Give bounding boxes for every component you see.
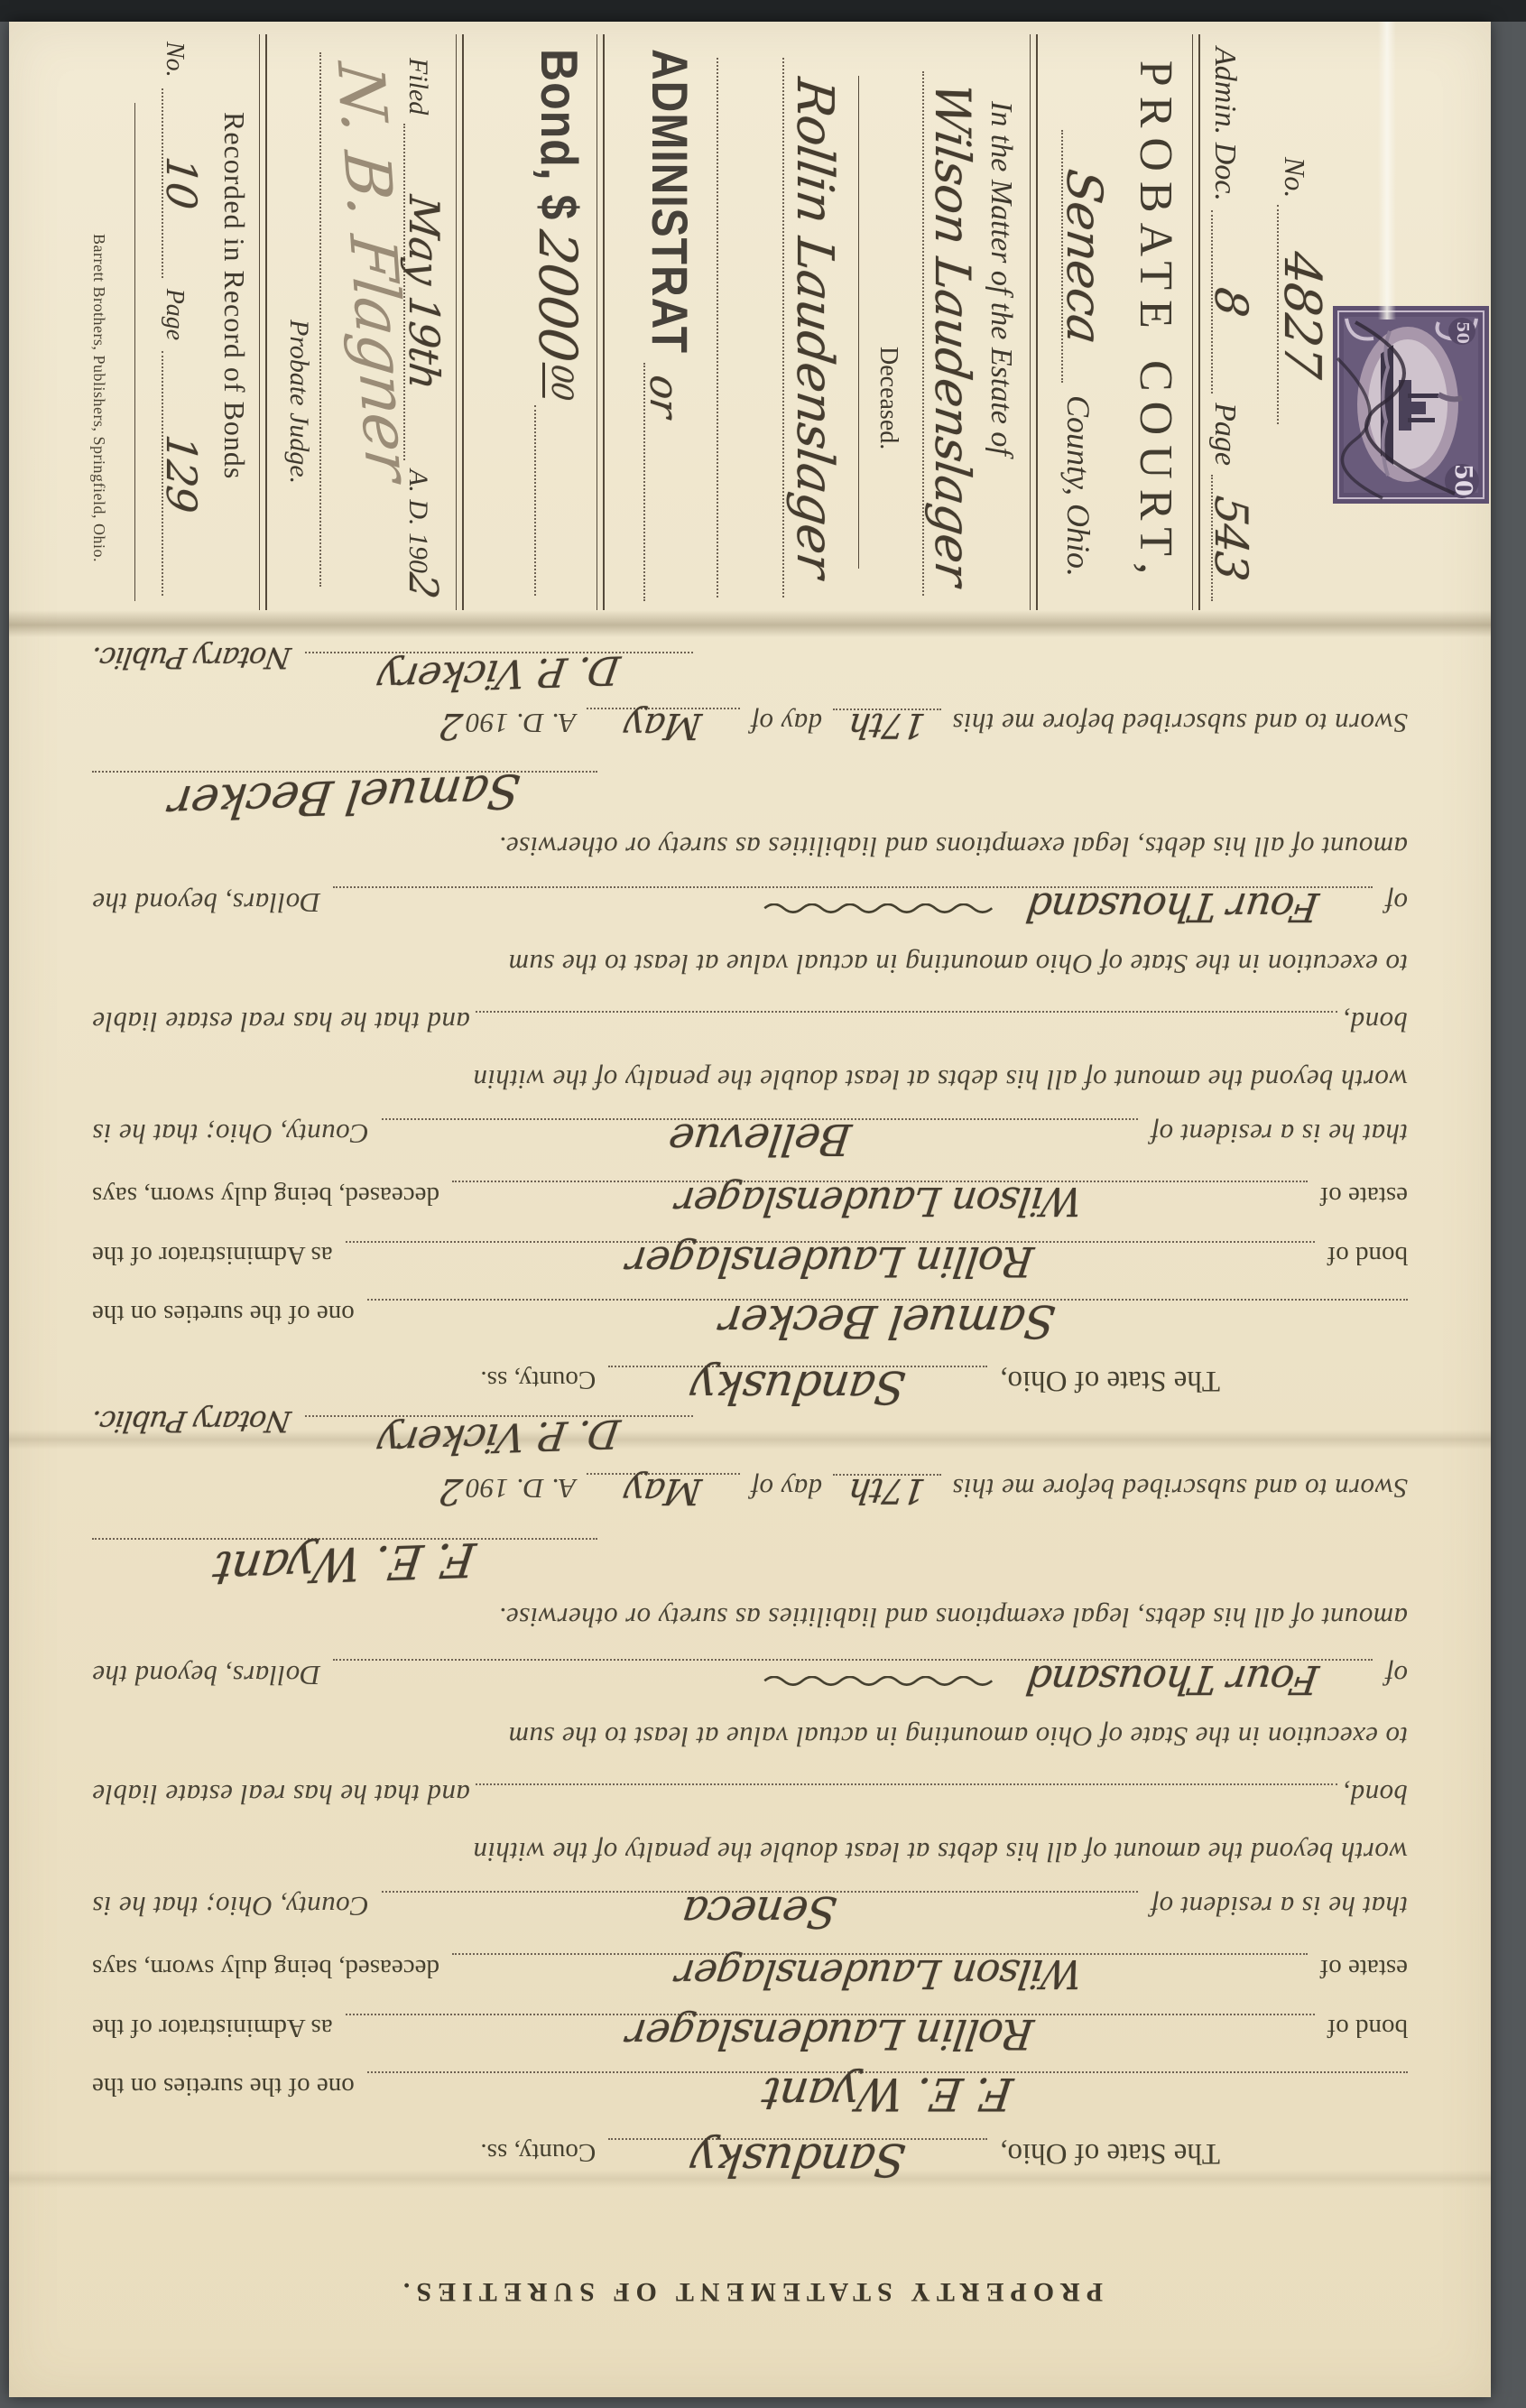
property-statement-section: PROPERTY STATEMENT OF SURETIES. The Stat… xyxy=(9,623,1491,2397)
aff2-estate-name: Wilson Laudenslager xyxy=(675,1182,1085,1218)
aff1-admin-suffix: as Administrator of the xyxy=(92,2013,333,2042)
aff1-bond-of: bond of xyxy=(1327,2013,1408,2042)
aff2-execution-row: to execution in the State of Ohio amount… xyxy=(92,948,1408,980)
document-scan: 50 50 No. 4827 Admin. Doc. 8 Page xyxy=(0,0,1526,2408)
aff2-surety-row: Samuel Becker one of the sureties on the xyxy=(92,1299,1408,1341)
aff1-worth-row: worth beyond the amount of all his debts… xyxy=(92,1836,1408,1868)
aff1-estate-of: estate of xyxy=(1320,1953,1408,1983)
aff1-execution-row: to execution in the State of Ohio amount… xyxy=(92,1720,1408,1753)
deceased-label: Deceased. xyxy=(874,347,902,449)
aff1-state-label: The State of Ohio, xyxy=(1000,2136,1220,2170)
aff2-residence-value: Bellevue xyxy=(667,1120,853,1157)
aff1-admin-blank: Rollin Laudenslager xyxy=(346,2014,1315,2052)
aff1-execution-line: to execution in the State of Ohio amount… xyxy=(508,1720,1408,1753)
docket-number-blank: 4827 xyxy=(1277,205,1324,424)
aff1-sworn-year: 2 xyxy=(438,1477,463,1505)
bond-row: Bond, $ 2000 00 xyxy=(529,49,581,601)
rule-under-admin-doc xyxy=(1192,34,1200,610)
aff2-realestate-leader xyxy=(476,1011,1337,1014)
rule-under-judge xyxy=(259,34,267,610)
aff2-day-blank: 17th xyxy=(833,709,941,741)
docket-number-row: No. 4827 xyxy=(1277,157,1324,424)
aff1-estate-row: estate of Wilson Laudenslager deceased, … xyxy=(92,1953,1408,1991)
aff2-month-blank: May xyxy=(587,708,740,742)
aff2-sureties-suffix: one of the sureties on the xyxy=(92,1299,355,1329)
record-no-label: No. xyxy=(160,42,189,78)
publisher-line: Barrett Brothers, Publishers, Springfiel… xyxy=(89,234,108,562)
aff2-sworn-row: Sworn to and subscribed before me this 1… xyxy=(92,707,1408,742)
matter-row: In the Matter of the Estate of xyxy=(984,101,1018,623)
record-no-blank: 10 xyxy=(162,88,199,278)
administrat-fill: or xyxy=(645,374,681,419)
judge-signature: N. B. Flagner xyxy=(322,60,426,483)
bond-cents: 00 xyxy=(542,362,579,402)
record-page-blank: 129 xyxy=(162,351,199,596)
empty-name-line xyxy=(717,58,718,597)
county-blank: Seneca xyxy=(1061,130,1105,383)
aff1-deceased-suffix: deceased, being duly sworn, says xyxy=(92,1953,439,1983)
aff2-estate-row: estate of Wilson Laudenslager deceased, … xyxy=(92,1181,1408,1218)
aff2-admin-blank: Rollin Laudenslager xyxy=(346,1241,1315,1280)
aff1-notary-row: D. P. Vickery Notary Public. xyxy=(92,1415,1408,1457)
aff2-county-blank: Sandusky xyxy=(608,1366,987,1407)
aff1-state-row: The State of Ohio, Sandusky County, ss. xyxy=(92,2136,1220,2179)
decedent-blank: Wilson Laudenslager xyxy=(922,71,980,596)
admin-doc-blank: 8 xyxy=(1211,210,1249,394)
aff1-realestate-leader xyxy=(476,1783,1337,1787)
aff2-state-row: The State of Ohio, Sandusky County, ss. xyxy=(92,1364,1220,1406)
aff2-amountline-row: amount of all his debts, legal exemption… xyxy=(92,830,1408,863)
aff1-realestate-suffix: and that he has real estate liable xyxy=(92,1778,470,1811)
aff1-resident-prefix: that he is a resident of xyxy=(1151,1890,1408,1922)
aff1-sworn-day: 17th xyxy=(847,1476,927,1506)
administrator-name: Rollin Laudenslager xyxy=(784,75,845,580)
aff1-sureties-suffix: one of the sureties on the xyxy=(92,2071,355,2101)
aff1-resident-suffix: County, Ohio; that he is xyxy=(92,1890,369,1922)
aff2-amount-blank: Four Thousand xyxy=(333,886,1373,924)
aff2-state-label: The State of Ohio, xyxy=(1000,1364,1220,1397)
aff2-sworn-year: 2 xyxy=(438,711,463,740)
recorded-row: Recorded in Record of Bonds xyxy=(217,112,251,623)
aff1-signature: F. E. Wyant xyxy=(211,1535,478,1591)
administrator-name-blank: Rollin Laudenslager xyxy=(782,58,845,597)
cover-page-label: Page xyxy=(1207,403,1242,466)
aff1-surety-blank: F. E. Wyant xyxy=(367,2071,1408,2114)
aff2-admin-suffix: as Administrator of the xyxy=(92,1240,333,1270)
aff1-amountline-row: amount of all his debts, legal exemption… xyxy=(92,1601,1408,1634)
aff2-county-ss: County, ss. xyxy=(480,1365,596,1394)
record-page-label: Page xyxy=(160,289,189,341)
aff2-resident-prefix: that he is a resident of xyxy=(1151,1117,1408,1150)
aff2-amount-written: Four Thousand xyxy=(1025,888,1321,924)
aff1-sworn-month: May xyxy=(624,1475,704,1507)
court-title-row: PROBATE COURT, xyxy=(1129,22,1182,623)
aff1-bondof-row: bond of Rollin Laudenslager as Administr… xyxy=(92,2013,1408,2052)
aff2-realestate-suffix: and that he has real estate liable xyxy=(92,1005,470,1038)
aff1-resident-row: that he is a resident of Seneca County, … xyxy=(92,1890,1408,1930)
aff1-notary-line: D. P. Vickery xyxy=(305,1415,693,1457)
aff1-sworn-prefix: Sworn to and subscribed before me this xyxy=(952,1472,1408,1505)
aff2-residence-blank: Bellevue xyxy=(382,1118,1138,1157)
aff1-notary-title: Notary Public. xyxy=(89,1404,292,1439)
aff2-surety-blank: Samuel Becker xyxy=(367,1299,1408,1341)
aff1-estate-name: Wilson Laudenslager xyxy=(675,1955,1085,1991)
aff1-amount-line: amount of all his debts, legal exemption… xyxy=(498,1601,1408,1634)
aff2-realestate-row: bond, and that he has real estate liable xyxy=(92,1005,1408,1038)
aff1-worth-line: worth beyond the amount of all his debts… xyxy=(473,1836,1408,1868)
aff2-deceased-suffix: deceased, being duly sworn, says xyxy=(92,1181,439,1210)
administrat-fill-blank: or xyxy=(643,363,681,601)
aff1-notary-name: D. P. Vickery xyxy=(375,1412,622,1460)
no-label: No. xyxy=(1278,157,1311,198)
administrat-label: ADMINISTRAT xyxy=(640,49,697,354)
aff2-of-word: of xyxy=(1385,886,1408,919)
administrator-name-row: Rollin Laudenslager xyxy=(782,58,845,597)
matter-label: In the Matter of the Estate of xyxy=(984,101,1018,456)
aff2-notary-name: D. P. Vickery xyxy=(375,649,622,697)
admin-doc-label: Admin. Doc. xyxy=(1207,47,1242,201)
aff1-realestate-row: bond, and that he has real estate liable xyxy=(92,1778,1408,1811)
aff1-residence-value: Seneca xyxy=(680,1893,838,1930)
aff2-bond-word: bond, xyxy=(1343,1005,1408,1038)
aff2-ad-label: A. D. 190 xyxy=(466,707,576,739)
aff2-county-value: Sandusky xyxy=(689,1368,907,1407)
paper-sheet: 50 50 No. 4827 Admin. Doc. 8 Page xyxy=(9,22,1491,2397)
aff2-notary-title: Notary Public. xyxy=(89,641,292,675)
aff1-county-ss: County, ss. xyxy=(480,2137,596,2167)
administrat-row: ADMINISTRAT or xyxy=(640,49,689,601)
aff1-of-word: of xyxy=(1385,1659,1408,1691)
aff1-surety-name: F. E. Wyant xyxy=(760,2073,1014,2114)
filing-cover-rotated-content: 50 50 No. 4827 Admin. Doc. 8 Page xyxy=(9,22,1491,623)
judge-title: Probate Judge. xyxy=(283,320,314,484)
aff2-worth-row: worth beyond the amount of all his debts… xyxy=(92,1063,1408,1096)
aff2-resident-suffix: County, Ohio; that he is xyxy=(92,1117,369,1150)
ad-year: 2 xyxy=(407,571,439,599)
aff2-resident-row: that he is a resident of Bellevue County… xyxy=(92,1117,1408,1157)
bond-amount: 2000 xyxy=(534,228,581,364)
decedent-name: Wilson Laudenslager xyxy=(924,79,980,588)
aff1-signature-row: F. E. Wyant xyxy=(92,1538,1408,1587)
aff2-signature-line: Samuel Becker xyxy=(92,771,597,820)
rule-under-record xyxy=(134,103,135,601)
aff2-signature: Samuel Becker xyxy=(167,766,523,825)
aff2-bond-of: bond of xyxy=(1327,1240,1408,1270)
aff2-surety-name: Samuel Becker xyxy=(717,1301,1057,1341)
cover-page-blank: 543 xyxy=(1211,475,1249,601)
aff2-sworn-month: May xyxy=(624,709,704,742)
aff2-signature-row: Samuel Becker xyxy=(92,771,1408,820)
rule-under-administrat xyxy=(597,34,605,610)
aff1-dollars-suffix: Dollars, beyond the xyxy=(92,1659,320,1691)
aff2-sworn-prefix: Sworn to and subscribed before me this xyxy=(952,707,1408,739)
judge-title-row: Probate Judge. xyxy=(283,320,314,623)
aff1-admin-name: Rollin Laudenslager xyxy=(624,2015,1035,2052)
aff2-admin-name: Rollin Laudenslager xyxy=(624,1243,1035,1280)
record-no-value: 10 xyxy=(163,155,199,210)
deceased-row: Deceased. xyxy=(874,347,902,623)
aff2-estate-blank: Wilson Laudenslager xyxy=(452,1181,1308,1218)
aff1-ad-label: A. D. 190 xyxy=(466,1472,576,1505)
statement-title: PROPERTY STATEMENT OF SURETIES. xyxy=(92,2276,1408,2307)
aff1-amount-row: of Four Thousand Dollars, beyond the xyxy=(92,1659,1408,1697)
stamp-denomination: 50 xyxy=(1449,464,1476,496)
aff2-notary-line: D. P. Vickery xyxy=(305,652,693,693)
aff1-amount-blank: Four Thousand xyxy=(333,1659,1373,1697)
aff1-signature-line: F. E. Wyant xyxy=(92,1538,597,1587)
admin-doc-value: 8 xyxy=(1213,286,1249,319)
bond-leader xyxy=(534,405,538,596)
rule-under-bond xyxy=(456,34,464,610)
bond-label: Bond, $ xyxy=(529,49,589,220)
filing-cover-section: 50 50 No. 4827 Admin. Doc. 8 Page xyxy=(9,22,1491,623)
judge-signature-line xyxy=(319,52,321,587)
aff2-execution-line: to execution in the State of Ohio amount… xyxy=(508,948,1408,980)
aff1-bond-word: bond, xyxy=(1343,1778,1408,1811)
recorded-label: Recorded in Record of Bonds xyxy=(217,112,251,479)
county-value: Seneca xyxy=(1063,167,1105,346)
aff2-dollars-suffix: Dollars, beyond the xyxy=(92,886,320,919)
aff1-dayof-label: day of xyxy=(751,1472,822,1505)
rule-under-deceased xyxy=(858,76,859,569)
rule-under-county xyxy=(1030,34,1038,610)
aff2-dayof-label: day of xyxy=(751,707,822,739)
county-row: Seneca County, Ohio. xyxy=(1059,130,1105,587)
aff1-month-blank: May xyxy=(587,1473,740,1507)
aff2-estate-of: estate of xyxy=(1320,1181,1408,1210)
aff2-filler-squiggle xyxy=(738,903,1009,916)
admin-doc-row: Admin. Doc. 8 Page 543 xyxy=(1207,47,1249,601)
court-title: PROBATE COURT, xyxy=(1129,60,1182,584)
aff1-estate-blank: Wilson Laudenslager xyxy=(452,1953,1308,1991)
aff1-sworn-row: Sworn to and subscribed before me this 1… xyxy=(92,1472,1408,1507)
aff1-residence-blank: Seneca xyxy=(382,1891,1138,1930)
scan-background-band xyxy=(0,0,1526,22)
stamp-denomination-left: 50 xyxy=(1453,321,1472,344)
property-statement-rotated-content: PROPERTY STATEMENT OF SURETIES. The Stat… xyxy=(9,623,1491,2397)
aff1-county-value: Sandusky xyxy=(689,2141,907,2180)
record-page-value: 129 xyxy=(163,433,199,514)
aff2-sworn-day: 17th xyxy=(847,710,927,741)
aff2-amount-row: of Four Thousand Dollars, beyond the xyxy=(92,886,1408,924)
docket-number-value: 4827 xyxy=(1279,249,1324,380)
cover-page-value: 543 xyxy=(1213,494,1249,581)
aff1-surety-row: F. E. Wyant one of the sureties on the xyxy=(92,2071,1408,2114)
publisher-row: Barrett Brothers, Publishers, Springfiel… xyxy=(89,234,108,623)
aff1-county-blank: Sandusky xyxy=(608,2139,987,2180)
judge-signature-wrap: N. B. Flagner xyxy=(338,63,412,587)
county-suffix: County, Ohio. xyxy=(1059,395,1097,577)
aff2-notary-row: D. P. Vickery Notary Public. xyxy=(92,652,1408,693)
aff2-amount-line: amount of all his debts, legal exemption… xyxy=(498,830,1408,863)
aff1-filler-squiggle xyxy=(738,1676,1009,1689)
decedent-row: Wilson Laudenslager xyxy=(922,71,980,596)
aff1-day-blank: 17th xyxy=(833,1474,941,1506)
aff2-worth-line: worth beyond the amount of all his debts… xyxy=(473,1063,1408,1096)
us-documentary-revenue-stamp: 50 50 xyxy=(1331,304,1491,505)
record-no-page-row: No. 10 Page 129 xyxy=(160,42,199,596)
aff2-bondof-row: bond of Rollin Laudenslager as Administr… xyxy=(92,1240,1408,1280)
aff1-amount-written: Four Thousand xyxy=(1025,1661,1321,1697)
